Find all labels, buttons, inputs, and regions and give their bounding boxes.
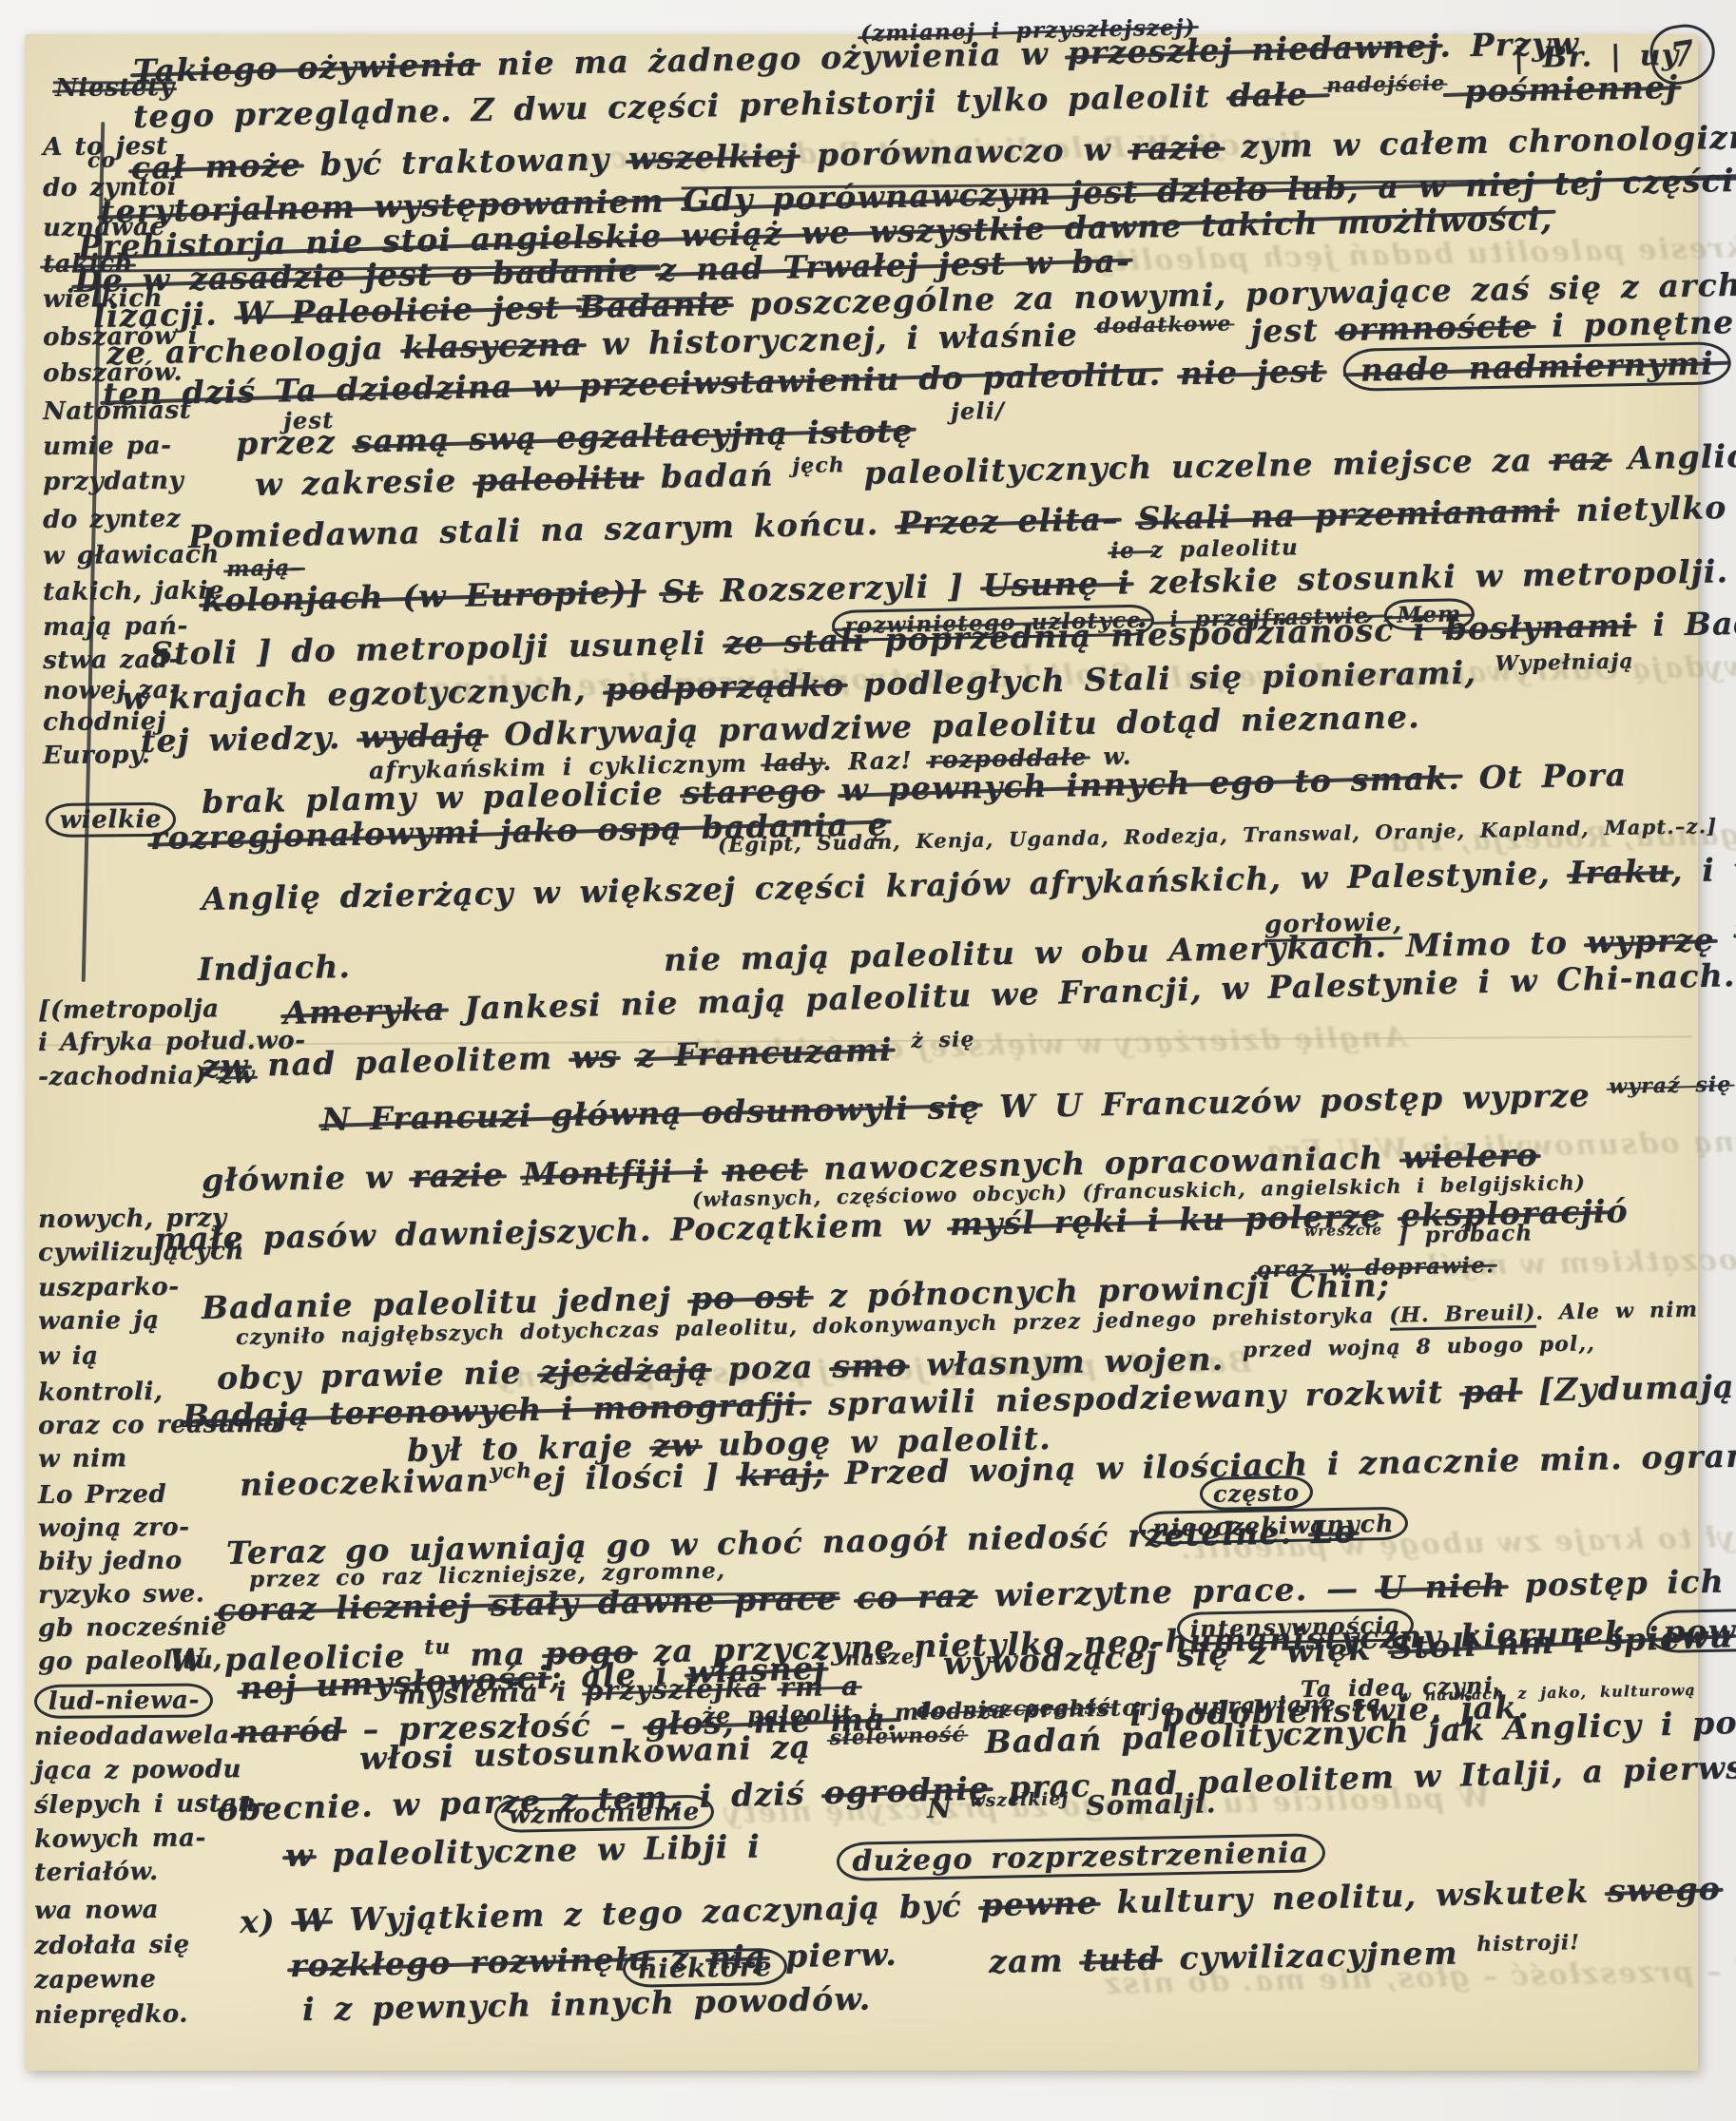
- scanned-manuscript-screenshot: { "document": { "kind": "handwritten man…: [0, 0, 1736, 2121]
- handwritten-line: N wszelkiej Somalji.: [927, 1787, 1217, 1824]
- margin-note: Europy.: [43, 741, 151, 770]
- margin-note: teriałów.: [34, 1858, 159, 1887]
- margin-note: kowych ma-: [34, 1823, 206, 1854]
- page-number: 7: [1668, 32, 1697, 75]
- margin-note: uszparko-: [38, 1273, 180, 1302]
- margin-note: lud-niewa-: [34, 1683, 214, 1719]
- margin-note: biły jedno: [38, 1547, 183, 1576]
- handwritten-line: wzmocnienie: [494, 1795, 715, 1833]
- margin-note: nieodadawela-: [34, 1721, 241, 1751]
- margin-note: umie pa-: [43, 432, 172, 461]
- margin-note: w nim: [38, 1444, 127, 1474]
- margin-note: kontroli,: [38, 1378, 164, 1407]
- margin-note: zapewne: [34, 1965, 157, 1995]
- margin-note: do zyntez: [43, 505, 181, 534]
- handwritten-line: często: [1200, 1475, 1314, 1511]
- margin-note: Lo Przed: [38, 1480, 166, 1510]
- handwritten-line: wreszcie ] próbach: [1304, 1220, 1533, 1250]
- margin-note: wa nowa: [34, 1896, 159, 1925]
- handwritten-line: Indjach.: [198, 948, 352, 988]
- handwritten-line: mają–: [226, 554, 302, 582]
- margin-note: nieprędko.: [34, 2000, 188, 2030]
- margin-note: wojną zro-: [38, 1514, 190, 1543]
- margin-note: jąca z powodu: [34, 1755, 241, 1785]
- margin-note: takich, jakie: [43, 576, 224, 607]
- margin-note: ryzyko swe.: [38, 1579, 205, 1610]
- margin-note: [(metropolja: [38, 994, 220, 1025]
- margin-note: zdołała się: [34, 1931, 190, 1960]
- margin-note: przydatny: [43, 467, 183, 496]
- handwritten-line: ie z paleolitu: [1110, 534, 1299, 564]
- margin-note: w ią: [38, 1341, 99, 1371]
- margin-note: wanie ją: [38, 1306, 160, 1336]
- handwritten-line: jeli/: [951, 396, 1005, 425]
